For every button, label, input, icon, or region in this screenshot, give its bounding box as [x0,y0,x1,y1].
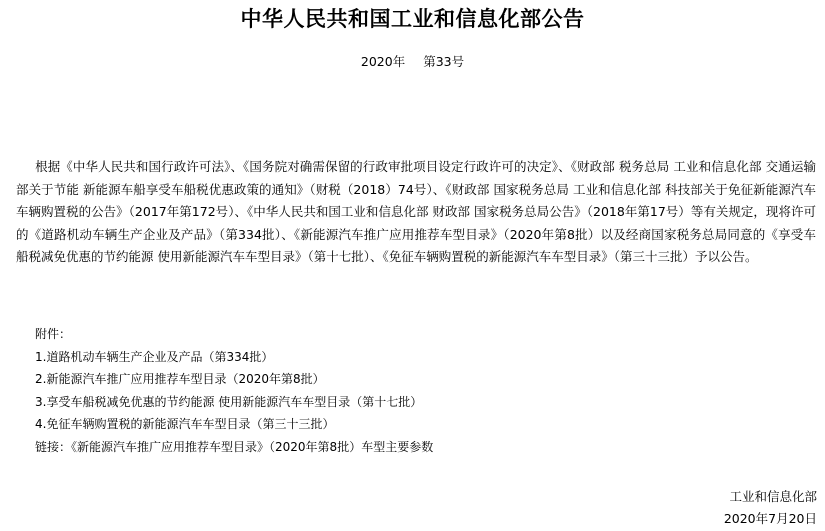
document-serial: 第33号 [423,54,464,69]
signature-block: 工业和信息化部 2020年7月20日 [724,486,817,530]
attachment-item-1[interactable]: 1.道路机动车辆生产企业及产品（第334批） [35,346,433,369]
related-link-row: 链接：《新能源汽车推广应用推荐车型目录》（2020年第8批）车型主要参数 [35,436,433,459]
related-link-label: 链接： [35,440,71,454]
attachments-label: 附件： [35,323,433,346]
related-link[interactable]: 《新能源汽车推广应用推荐车型目录》（2020年第8批）车型主要参数 [71,440,433,454]
attachment-item-2[interactable]: 2.新能源汽车推广应用推荐车型目录（2020年第8批） [35,368,433,391]
attachments-section: 附件： 1.道路机动车辆生产企业及产品（第334批） 2.新能源汽车推广应用推荐… [35,323,433,458]
document-year: 2020年 [361,54,405,69]
attachment-item-3[interactable]: 3.享受车船税减免优惠的节约能源 使用新能源汽车车型目录（第十七批） [35,391,433,414]
document-number: 2020年第33号 [0,53,825,71]
announcement-paragraph: 根据《中华人民共和国行政许可法》、《国务院对确需保留的行政审批项目设定行政许可的… [16,159,816,264]
issue-date: 2020年7月20日 [724,508,817,530]
issuing-organization: 工业和信息化部 [724,486,817,508]
page-title: 中华人民共和国工业和信息化部公告 [0,4,825,34]
announcement-body: 根据《中华人民共和国行政许可法》、《国务院对确需保留的行政审批项目设定行政许可的… [16,156,816,269]
attachment-item-4[interactable]: 4.免征车辆购置税的新能源汽车车型目录（第三十三批） [35,413,433,436]
